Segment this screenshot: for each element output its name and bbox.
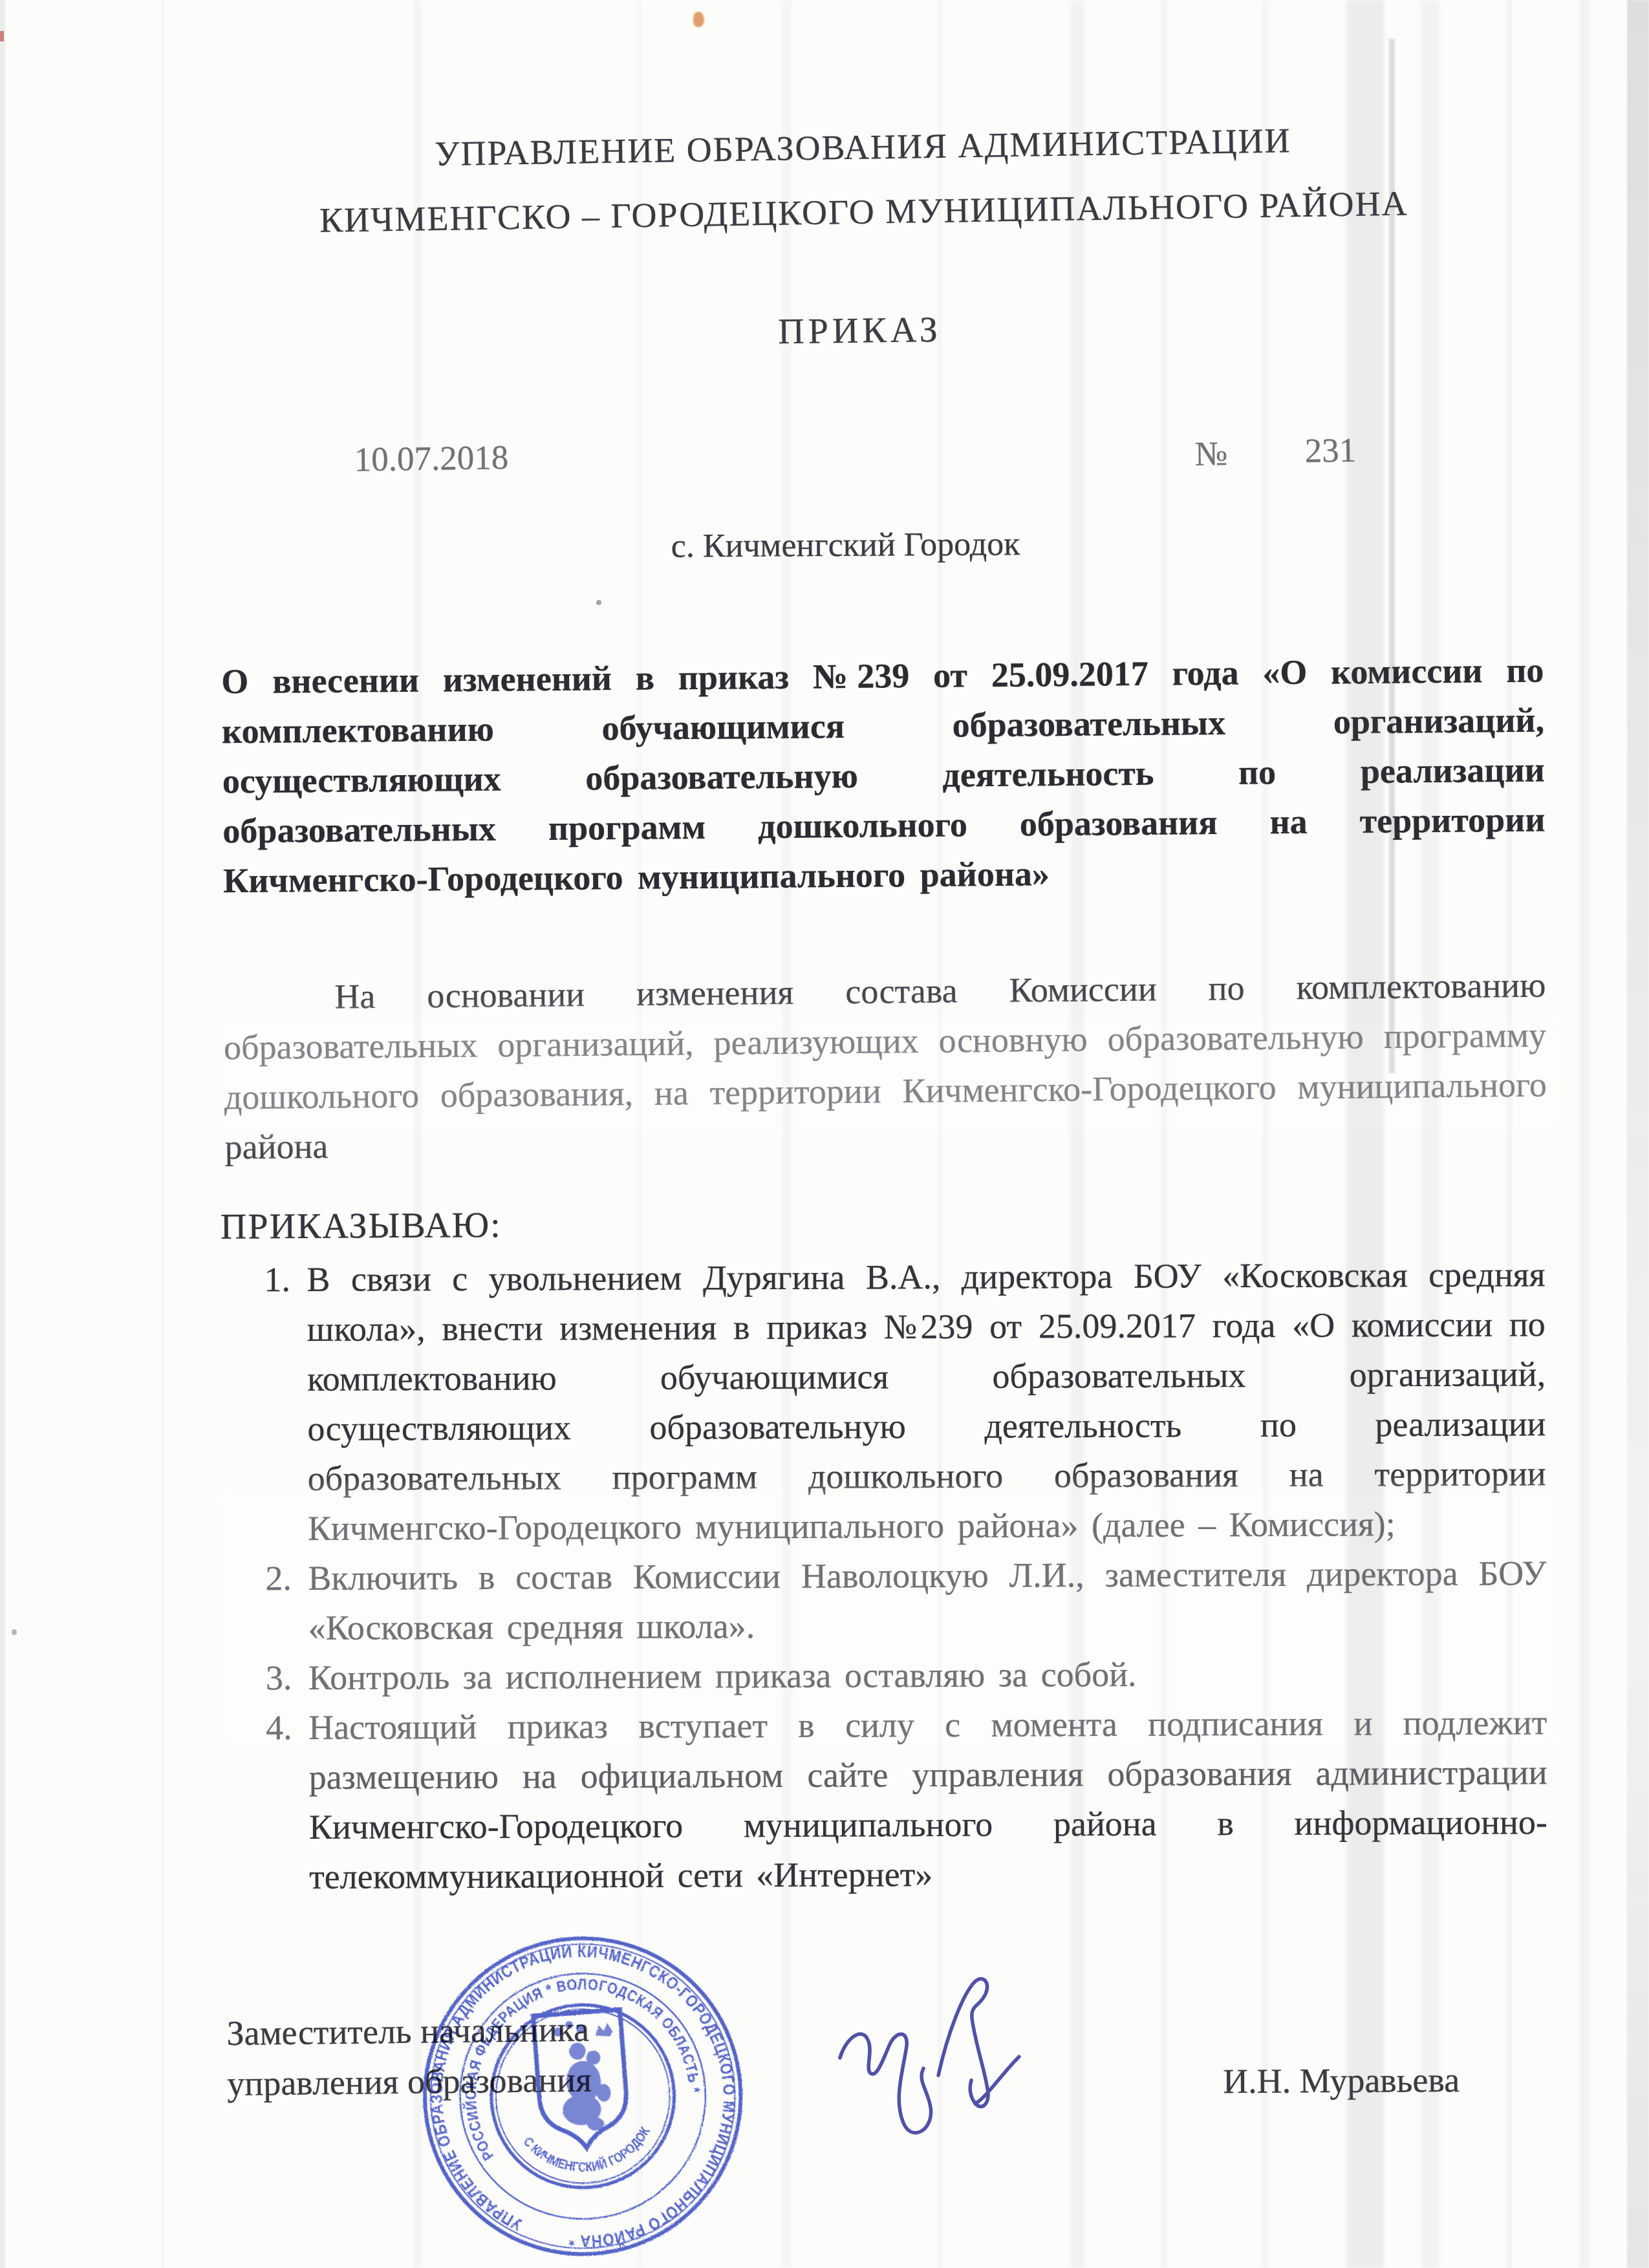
signature-stroke-2: [938, 1979, 988, 2107]
doc-title: О внесении изменений в приказ №239 от 25…: [221, 646, 1546, 906]
order-item-1-text: В связи с увольнением Дурягина В.А., дир…: [307, 1255, 1546, 1548]
doc-number-label: №: [1194, 434, 1227, 474]
official-stamp-seal: УПРАВЛЕНИЕ ОБРАЗОВАНИЯ АДМИНИСТРАЦИИ КИЧ…: [408, 1921, 758, 2268]
order-item-2: 2. Включить в состав Комиссии Наволоцкую…: [308, 1548, 1547, 1653]
order-item-3-number: 3.: [266, 1653, 292, 1703]
stamp-coat-of-arms: [533, 2009, 630, 2151]
order-list: 1. В связи с увольнением Дурягина В.А., …: [307, 1250, 1547, 1902]
handwritten-signature: [805, 1948, 1039, 2163]
stamp-crest-figure: [553, 2018, 620, 2133]
order-item-1-number: 1.: [264, 1255, 290, 1305]
order-item-1: 1. В связи с увольнением Дурягина В.А., …: [307, 1250, 1546, 1554]
signature-stroke-1: [840, 2033, 931, 2133]
letterhead: УПРАВЛЕНИЕ ОБРАЗОВАНИЯ АДМИНИСТРАЦИИ КИЧ…: [81, 103, 1646, 257]
order-item-2-number: 2.: [265, 1554, 292, 1603]
order-item-4-number: 4.: [266, 1703, 292, 1753]
document-page: УПРАВЛЕНИЕ ОБРАЗОВАНИЯ АДМИНИСТРАЦИИ КИЧ…: [0, 0, 1649, 2268]
order-item-4-text: Настоящий приказ вступает в силу с момен…: [308, 1703, 1547, 1896]
decree-word: ПРИКАЗЫВАЮ:: [221, 1204, 502, 1248]
preamble: На основании изменения состава Комиссии …: [223, 961, 1547, 1173]
signer-name: И.Н. Муравьева: [1223, 2060, 1460, 2101]
scanned-sheet: УПРАВЛЕНИЕ ОБРАЗОВАНИЯ АДМИНИСТРАЦИИ КИЧ…: [0, 0, 1649, 2268]
doc-place: с. Кичменгский Городок: [44, 521, 1646, 569]
order-item-3-text: Контроль за исполнением приказа оставляю…: [308, 1655, 1137, 1697]
order-item-3: 3. Контроль за исполнением приказа остав…: [308, 1648, 1547, 1703]
stamp-graphic: УПРАВЛЕНИЕ ОБРАЗОВАНИЯ АДМИНИСТРАЦИИ КИЧ…: [413, 1927, 752, 2265]
order-item-4: 4. Настоящий приказ вступает в силу с мо…: [308, 1698, 1547, 1902]
doc-type: ПРИКАЗ: [74, 300, 1646, 362]
order-item-2-text: Включить в состав Комиссии Наволоцкую Л.…: [308, 1554, 1546, 1647]
doc-number: 231: [1304, 431, 1356, 471]
doc-date: 10.07.2018: [354, 438, 508, 480]
